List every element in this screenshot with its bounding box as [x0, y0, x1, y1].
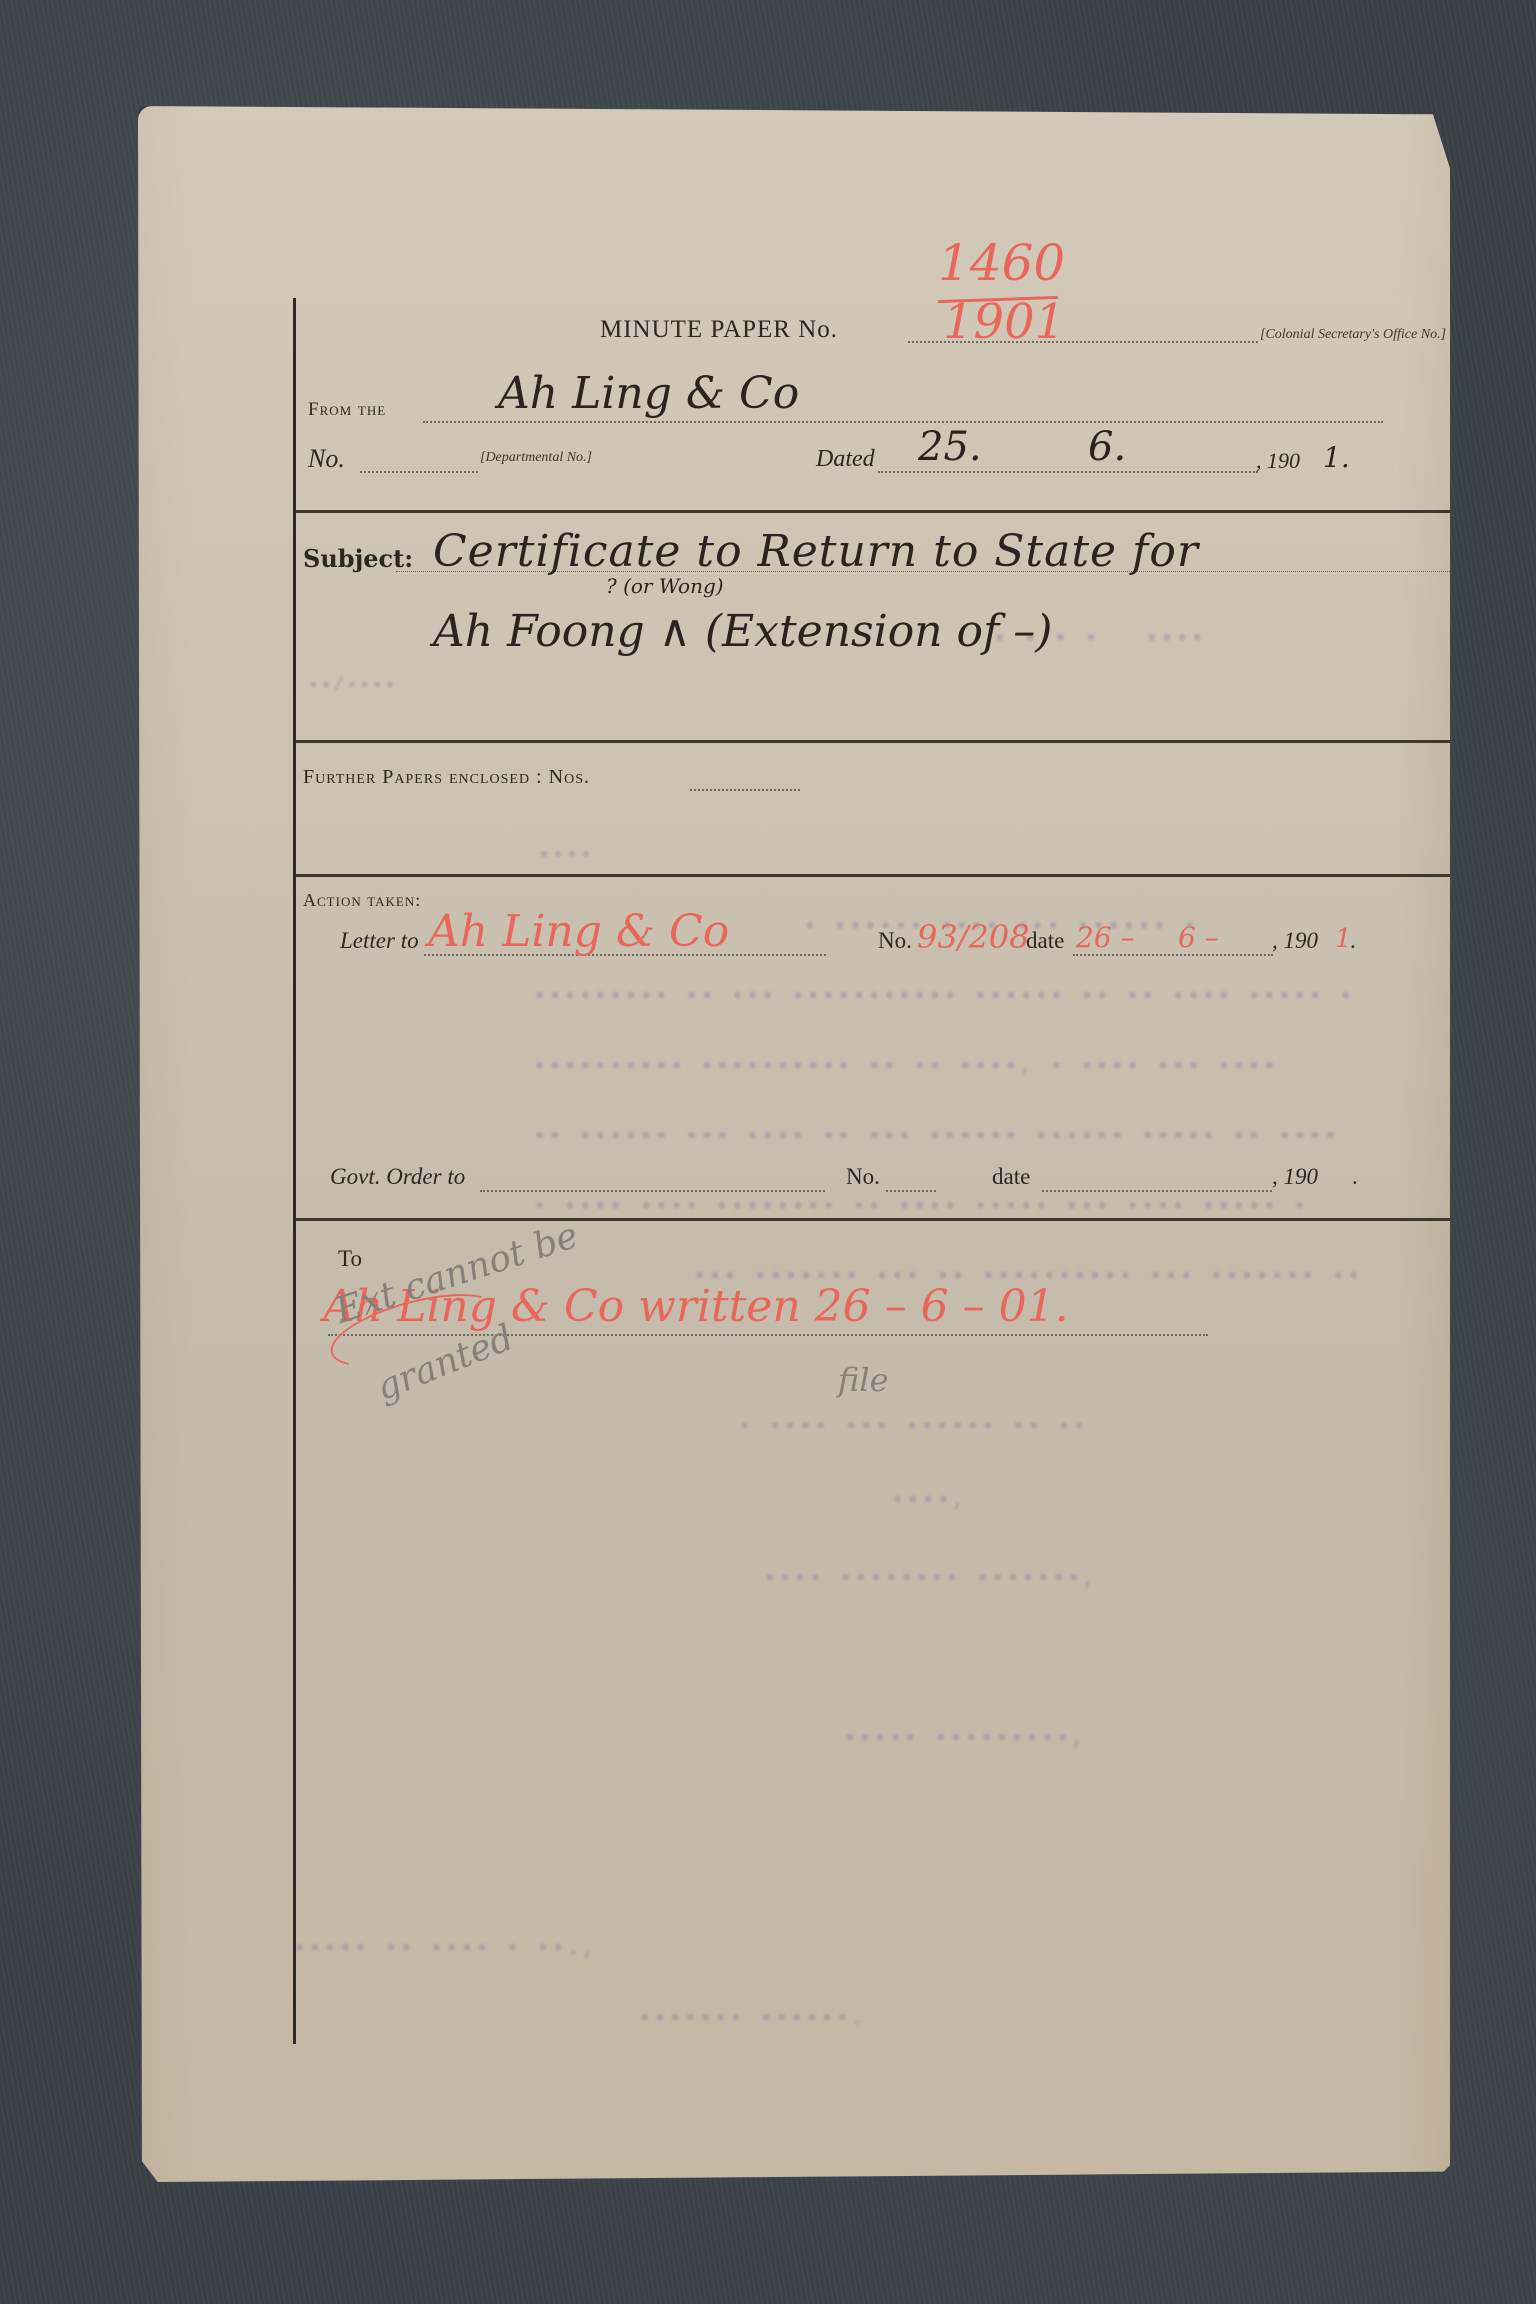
minute-number-denominator: 1901: [943, 294, 1065, 350]
show-through-text: ▪▪▪▪▪ ▪▪ ▪▪▪▪ ▪ ▪▪.,: [293, 1936, 597, 1961]
section-divider: [296, 1218, 1536, 1221]
dated-year-prefix: , 190: [1256, 448, 1300, 474]
show-through-text: ▪▪▪▪▪▪▪ ▪▪▪▪▪▪.: [638, 2006, 866, 2031]
from-label: From the: [308, 399, 386, 421]
show-through-text: ▪▪/▪▪▪▪: [308, 676, 398, 696]
letter-year-period: .: [1350, 928, 1356, 954]
dated-label: Dated: [816, 446, 875, 473]
subject-insertion: ? (or Wong): [606, 574, 724, 598]
subject-label: Subject:: [303, 544, 413, 573]
departmental-no-note: [Departmental No.]: [480, 450, 592, 466]
show-through-text: ▪▪▪▪▪▪▪▪▪ ▪▪ ▪▪▪ ▪▪▪▪▪▪▪▪▪▪▪ ▪▪▪▪▪▪ ▪▪ ▪…: [533, 984, 1354, 1009]
letter-year-prefix: , 190: [1272, 928, 1318, 954]
govt-order-period: .: [1352, 1164, 1358, 1190]
further-papers-dotted-line: [690, 789, 800, 791]
show-through-text: ▪▪▪▪,: [891, 1488, 967, 1513]
to-label: To: [338, 1246, 362, 1272]
govt-order-date-dotted-line: [1042, 1190, 1272, 1192]
minute-number-numerator: 1460: [938, 234, 1065, 292]
form-title: MINUTE PAPER No.: [600, 316, 838, 344]
show-through-text: ▪▪▪▪: [538, 844, 594, 867]
govt-order-no-label: No.: [846, 1164, 880, 1190]
from-dotted-line: [423, 421, 1383, 423]
dated-year-suffix: 1.: [1323, 441, 1350, 474]
show-through-text: ▪▪▪▪ ▪▪▪▪▪▪▪▪ ▪▪▪▪▪▪▪,: [763, 1566, 1097, 1591]
minute-paper-page: ▪ ▪ ▪ ▪ ▪▪▪▪ ▪▪/▪▪▪▪ ▪▪▪▪ ▪ ▪▪▪▪▪▪ ▪▪▪▪ …: [138, 106, 1450, 2182]
further-papers-label: Further Papers enclosed : Nos.: [303, 766, 590, 789]
show-through-text: ▪▪ ▪▪▪▪▪▪ ▪▪▪ ▪▪▪▪ ▪▪ ▪▪▪ ▪▪▪▪▪▪ ▪▪▪▪▪▪ …: [533, 1124, 1339, 1149]
dated-month: 6.: [1088, 424, 1126, 470]
show-through-text: ▪ ▪▪▪▪ ▪▪▪ ▪▪▪▪▪▪ ▪▪ ▪▪: [738, 1414, 1088, 1439]
dated-dotted-line: [878, 471, 1258, 473]
from-value: Ah Ling & Co: [498, 368, 799, 419]
govt-order-label: Govt. Order to: [330, 1164, 465, 1190]
letter-to-label: Letter to: [340, 928, 419, 954]
letter-no-value: 93/208: [917, 918, 1030, 956]
file-note: file: [838, 1361, 889, 1399]
govt-order-dotted-line: [480, 1190, 825, 1192]
letter-date-day: 26 –: [1076, 921, 1135, 954]
office-number-note: [Colonial Secretary's Office No.]: [1260, 327, 1446, 343]
letter-no-label: No.: [878, 928, 912, 954]
action-taken-label: Action taken:: [303, 890, 421, 911]
section-divider: [296, 874, 1534, 877]
departmental-no-label: No.: [308, 444, 345, 474]
subject-line-2: Ah Foong ∧ (Extension of –): [433, 606, 1052, 657]
letter-date-dotted-line: [1073, 954, 1273, 956]
govt-order-no-dotted-line: [886, 1190, 936, 1192]
govt-order-date-label: date: [992, 1164, 1030, 1190]
letter-date-label: date: [1026, 928, 1064, 954]
show-through-text: ▪▪▪▪▪▪▪▪▪▪ ▪▪▪▪▪▪▪▪▪▪ ▪▪ ▪▪ ▪▪▪▪, ▪ ▪▪▪▪…: [533, 1054, 1278, 1079]
subject-line-1: Certificate to Return to State for: [433, 526, 1199, 577]
margin-rule: [293, 298, 296, 2044]
letter-date-month: 6 –: [1178, 921, 1219, 954]
section-divider: [296, 510, 1521, 513]
show-through-text: ▪▪▪▪▪ ▪▪▪▪▪▪▪▪▪,: [843, 1726, 1086, 1751]
show-through-text: ▪ ▪▪▪▪ ▪▪▪▪ ▪▪▪▪▪▪▪▪ ▪▪ ▪▪▪▪ ▪▪▪▪▪ ▪▪▪ ▪…: [533, 1194, 1308, 1219]
section-divider: [296, 740, 1531, 743]
govt-order-year: , 190: [1272, 1164, 1318, 1190]
letter-to-value: Ah Ling & Co: [428, 906, 729, 957]
departmental-no-dotted-line: [360, 471, 478, 473]
dated-day: 25.: [918, 424, 982, 470]
